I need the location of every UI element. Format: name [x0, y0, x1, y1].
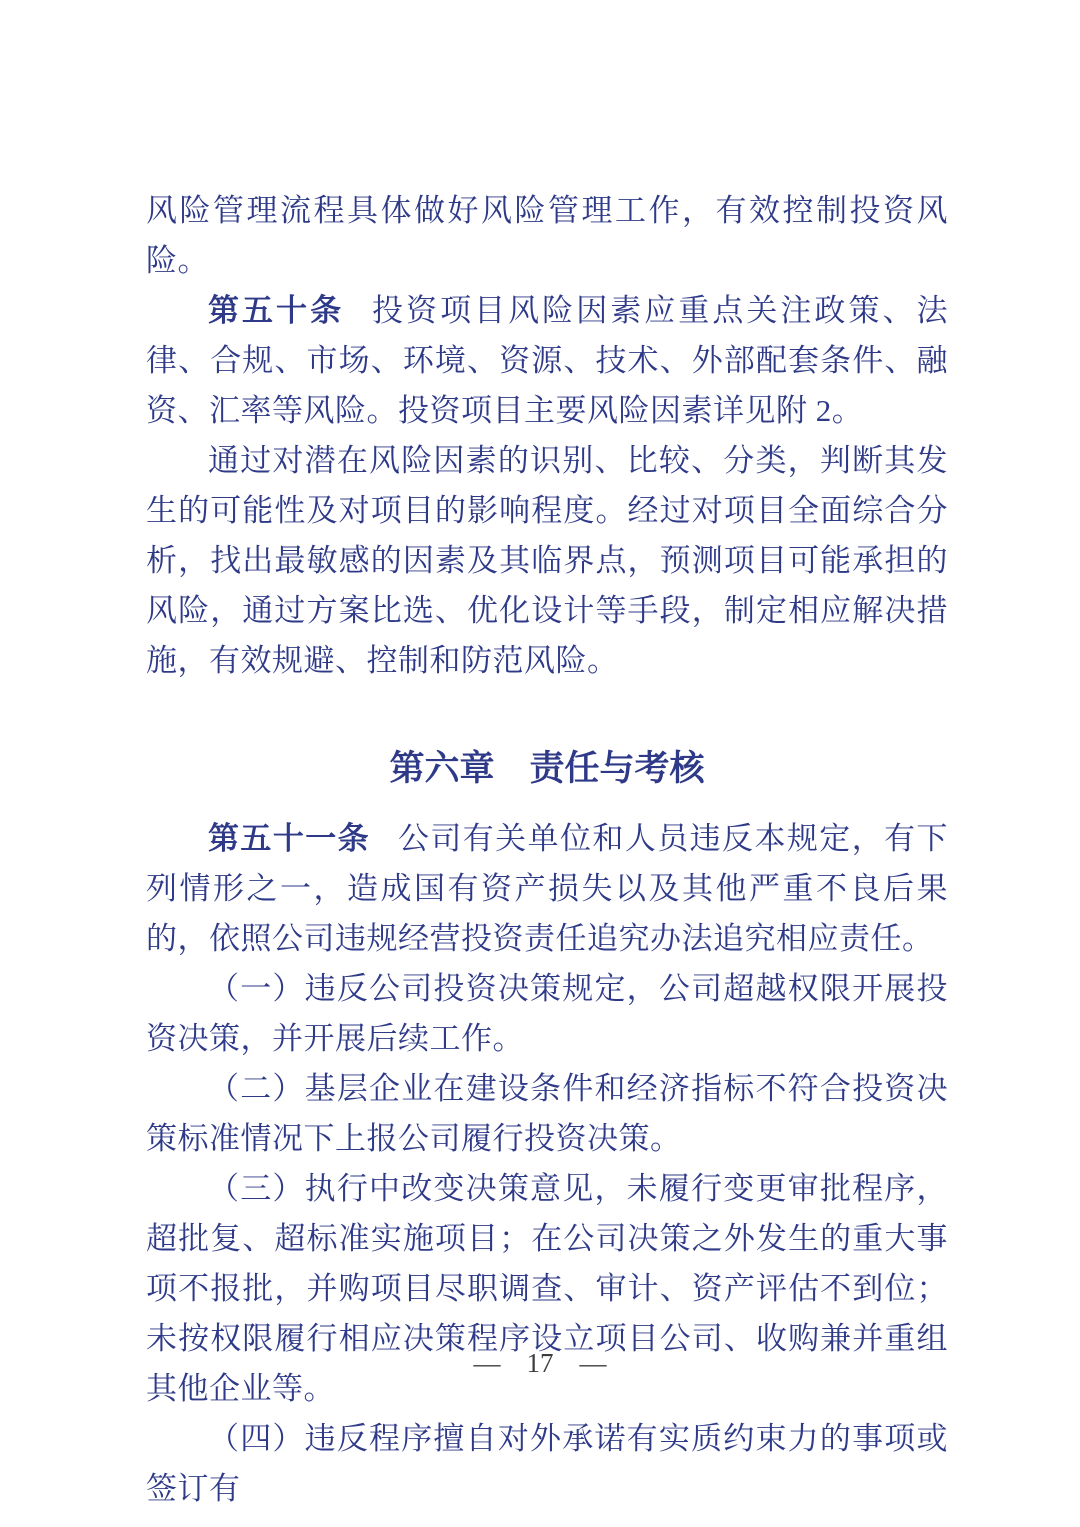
paragraph-continuation: 风险管理流程具体做好风险管理工作，有效控制投资风险。 — [146, 186, 948, 286]
article-number: 第五十条 — [208, 293, 344, 328]
page-footer: — 17 — — [0, 1338, 1080, 1388]
document-body: 风险管理流程具体做好风险管理工作，有效控制投资风险。 第五十条投资项目风险因素应… — [146, 186, 948, 1514]
page-number: 17 — [527, 1338, 554, 1388]
clause-item-4: （四）违反程序擅自对外承诺有实质约束力的事项或签订有 — [146, 1414, 948, 1514]
chapter-heading: 第六章 责任与考核 — [146, 744, 948, 794]
clause-item-2: （二）基层企业在建设条件和经济指标不符合投资决策标准情况下上报公司履行投资决策。 — [146, 1064, 948, 1164]
paragraph-article-51: 第五十一条公司有关单位和人员违反本规定，有下列情形之一，造成国有资产损失以及其他… — [146, 814, 948, 964]
paragraph-risk-analysis: 通过对潜在风险因素的识别、比较、分类，判断其发生的可能性及对项目的影响程度。经过… — [146, 436, 948, 686]
paragraph-article-50: 第五十条投资项目风险因素应重点关注政策、法律、合规、市场、环境、资源、技术、外部… — [146, 286, 948, 436]
footer-dash-left: — — [474, 1338, 501, 1388]
paragraph-text: （二）基层企业在建设条件和经济指标不符合投资决策标准情况下上报公司履行投资决策。 — [146, 1071, 948, 1156]
paragraph-text: （一）违反公司投资决策规定，公司超越权限开展投资决策，并开展后续工作。 — [146, 971, 948, 1056]
paragraph-text: 通过对潜在风险因素的识别、比较、分类，判断其发生的可能性及对项目的影响程度。经过… — [146, 443, 948, 678]
article-number: 第五十一条 — [208, 821, 370, 856]
document-page: 风险管理流程具体做好风险管理工作，有效控制投资风险。 第五十条投资项目风险因素应… — [0, 0, 1080, 1527]
clause-item-1: （一）违反公司投资决策规定，公司超越权限开展投资决策，并开展后续工作。 — [146, 964, 948, 1064]
footer-dash-right: — — [580, 1338, 607, 1388]
paragraph-text: （四）违反程序擅自对外承诺有实质约束力的事项或签订有 — [146, 1421, 948, 1506]
paragraph-text: 风险管理流程具体做好风险管理工作，有效控制投资风险。 — [146, 193, 948, 278]
